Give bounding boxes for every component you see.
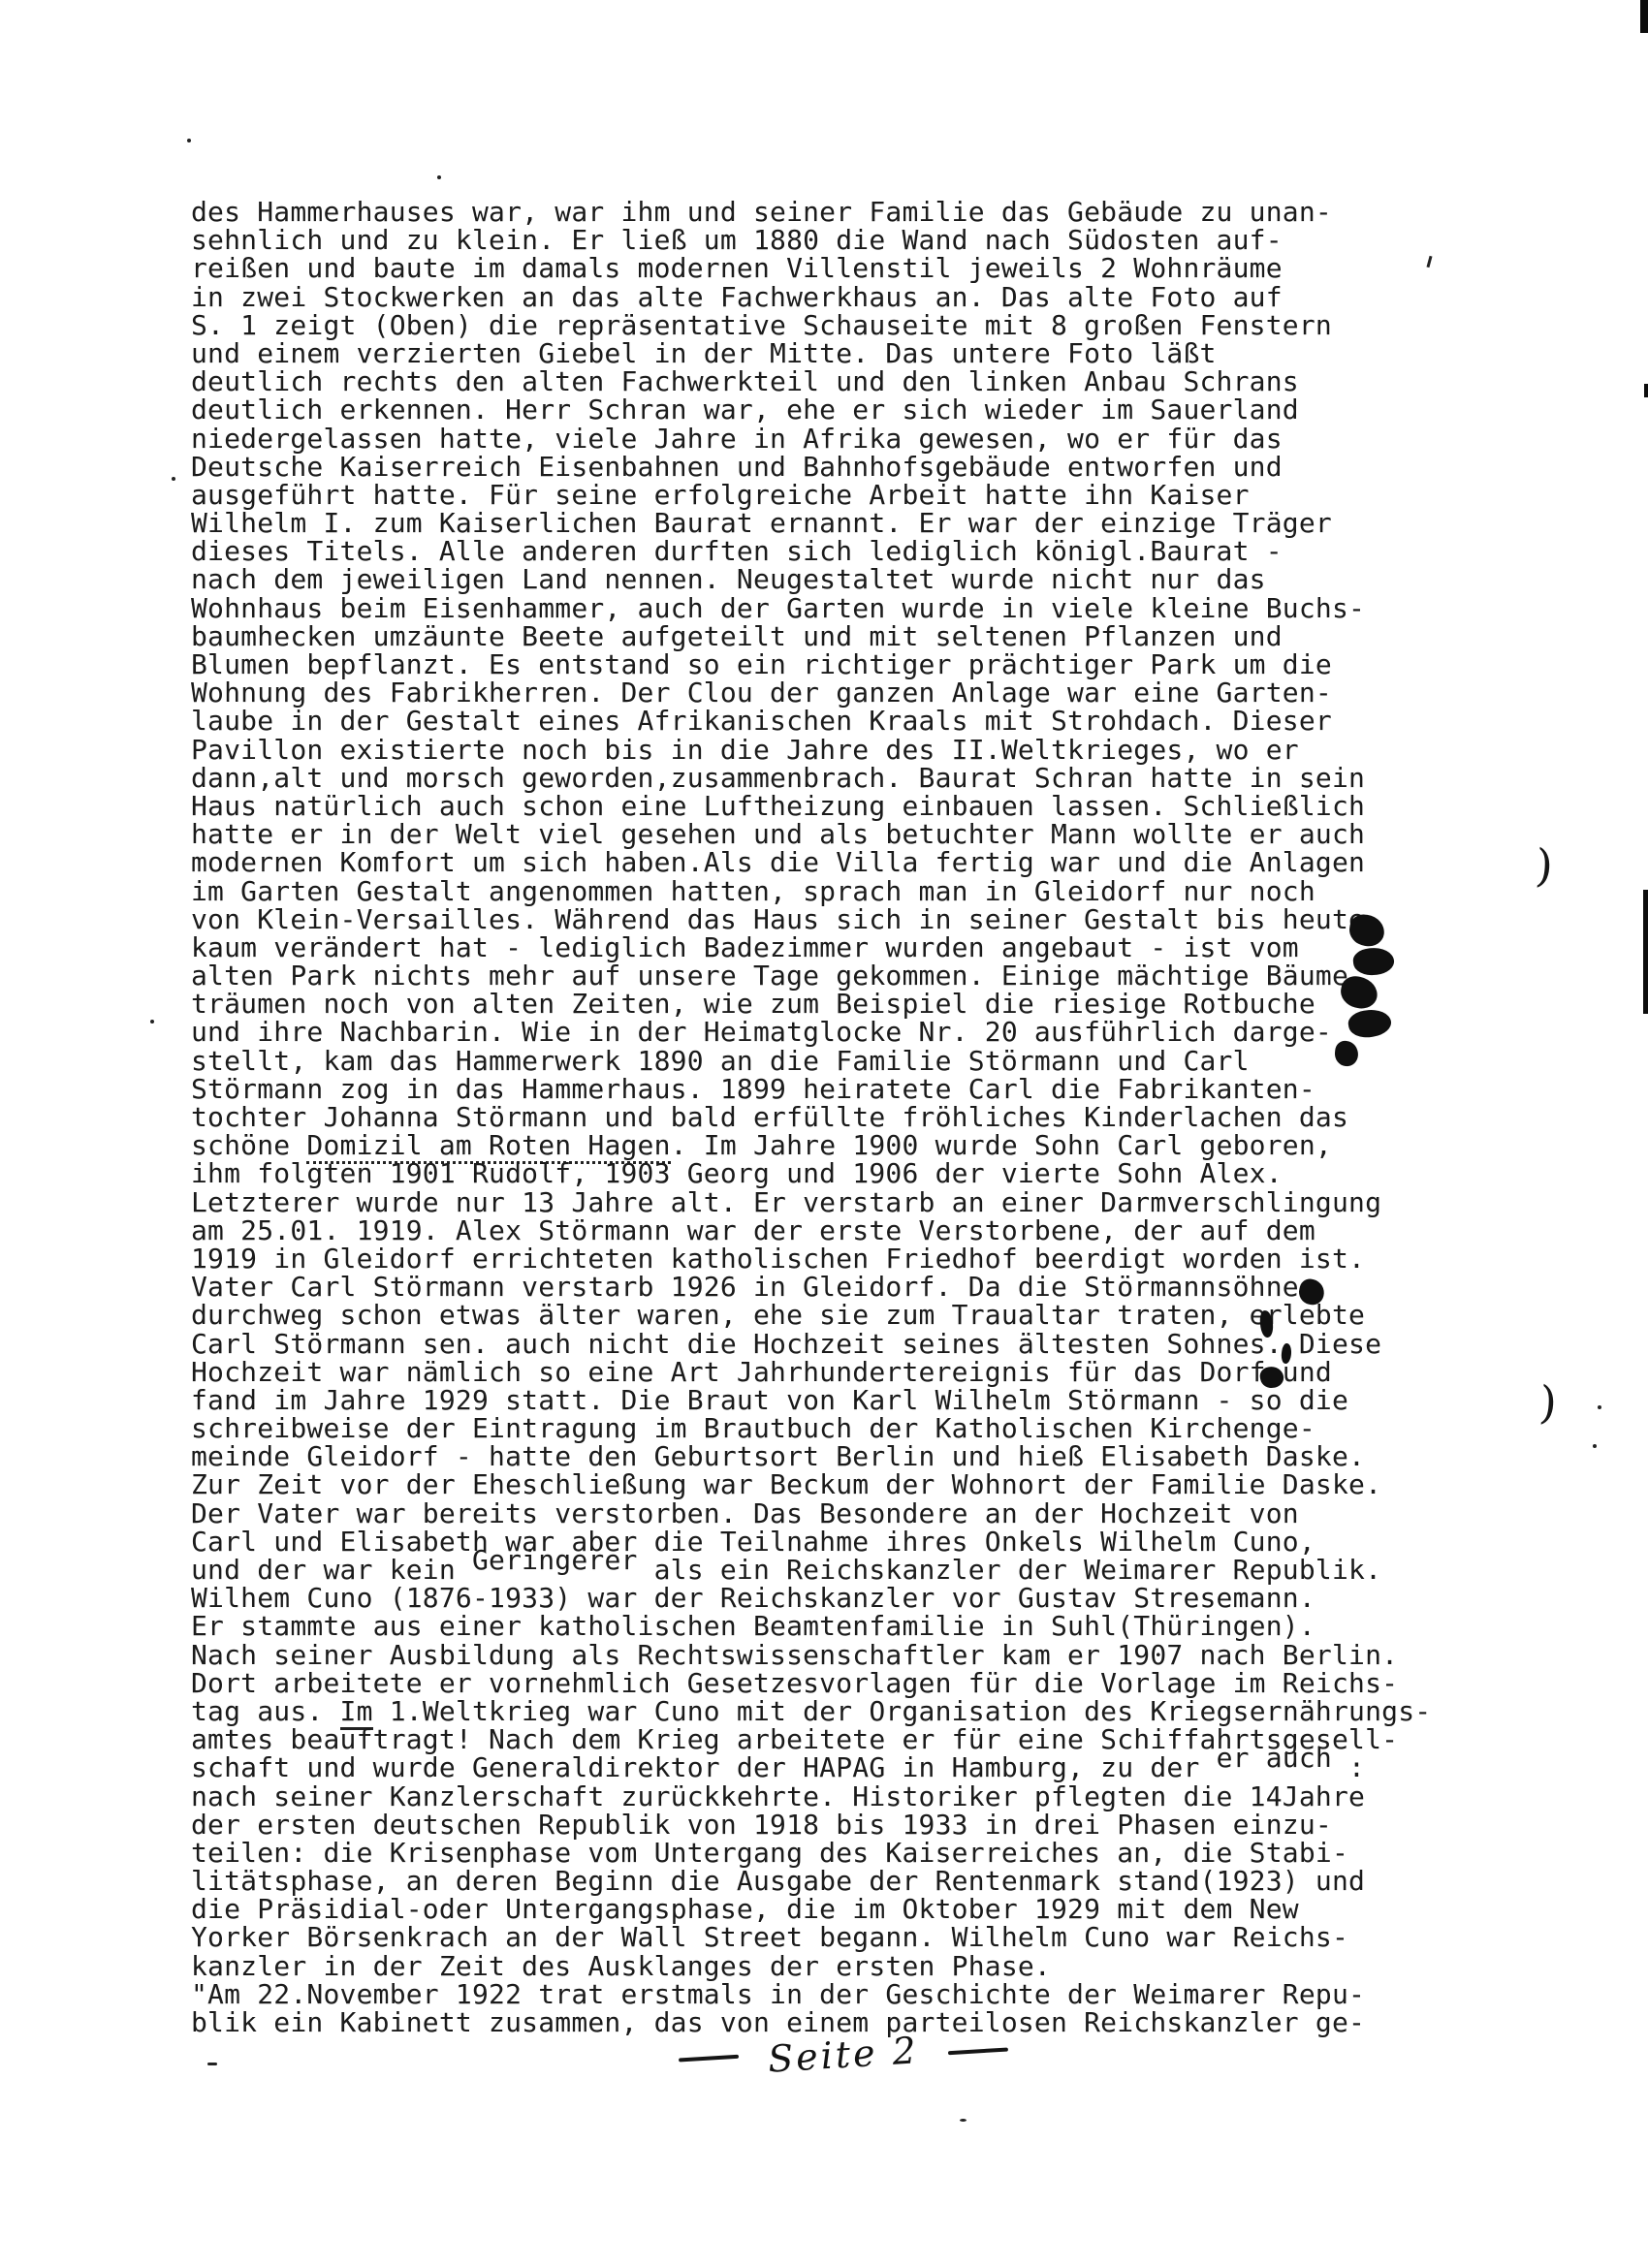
text-segment: der ersten deutschen Republik von 1918 b… <box>191 1809 1332 1841</box>
text-segment: und einem verzierten Giebel in der Mitte… <box>191 337 1217 369</box>
scan-edge-corner <box>1640 0 1648 33</box>
text-line: schaft und wurde Generaldirektor der HAP… <box>191 1753 1431 1781</box>
text-line: Hochzeit war nämlich so eine Art Jahrhun… <box>191 1358 1431 1386</box>
text-line: nach seiner Kanzlerschaft zurückkehrte. … <box>191 1782 1431 1811</box>
text-segment: : <box>1332 1751 1365 1783</box>
scan-edge-tick <box>1644 384 1648 397</box>
text-line: meinde Gleidorf - hatte den Geburtsort B… <box>191 1442 1431 1470</box>
text-line: schreibweise der Eintragung im Brautbuch… <box>191 1414 1431 1442</box>
text-segment: Letzterer wurde nur 13 Jahre alt. Er ver… <box>191 1186 1381 1218</box>
text-segment: "Am 22.November 1922 trat erstmals in de… <box>191 1978 1365 2010</box>
text-line: Letzterer wurde nur 13 Jahre alt. Er ver… <box>191 1188 1431 1216</box>
text-line: Carl Störmann sen. auch nicht die Hochze… <box>191 1330 1431 1358</box>
margin-paren-mark: ) <box>1537 1375 1559 1429</box>
text-segment: Carl Störmann sen. auch nicht die Hochze… <box>191 1328 1381 1360</box>
text-segment: fand im Jahre 1929 statt. Die Braut von … <box>191 1384 1348 1416</box>
text-segment: 1.Weltkrieg war Cuno mit der Organisatio… <box>373 1695 1432 1727</box>
text-line: ihm folgten 1901 Rudolf, 1903 Georg und … <box>191 1159 1431 1187</box>
text-segment: Haus natürlich auch schon eine Luftheizu… <box>191 790 1365 822</box>
text-line: Wohnung des Fabrikherren. Der Clou der g… <box>191 678 1431 707</box>
text-line: Nach seiner Ausbildung als Rechtswissens… <box>191 1641 1431 1669</box>
text-line: Blumen bepflanzt. Es entstand so ein ric… <box>191 650 1431 678</box>
scan-speck <box>437 175 441 179</box>
handwritten-dash-right <box>948 2047 1008 2055</box>
text-line: schöne Domizil am Roten Hagen. Im Jahre … <box>191 1131 1431 1159</box>
handwritten-page-label: Seite 2 <box>767 2029 920 2080</box>
text-line: dann,alt und morsch geworden,zusammenbra… <box>191 764 1431 792</box>
text-segment: und der war kein <box>191 1554 472 1586</box>
text-line: ausgeführt hatte. Für seine erfolgreiche… <box>191 481 1431 509</box>
text-line: und ihre Nachbarin. Wie in der Heimatglo… <box>191 1018 1431 1046</box>
text-segment: als ein Reichskanzler der Weimarer Repub… <box>638 1554 1382 1586</box>
text-line: Der Vater war bereits verstorben. Das Be… <box>191 1499 1431 1528</box>
text-line: Yorker Börsenkrach an der Wall Street be… <box>191 1923 1431 1951</box>
text-segment: Er stammte aus einer katholischen Beamte… <box>191 1610 1315 1642</box>
text-line: von Klein-Versailles. Während das Haus s… <box>191 905 1431 933</box>
text-line: sehnlich und zu klein. Er ließ um 1880 d… <box>191 226 1431 254</box>
scan-speck <box>187 139 191 142</box>
text-segment: hatte er in der Welt viel gesehen und al… <box>191 818 1365 850</box>
text-segment: blik ein Kabinett zusammen, das von eine… <box>191 2006 1365 2038</box>
text-segment: Störmann zog in das Hammerhaus. 1899 hei… <box>191 1073 1315 1105</box>
text-line: hatte er in der Welt viel gesehen und al… <box>191 820 1431 848</box>
text-segment: schöne <box>191 1129 306 1161</box>
text-line: im Garten Gestalt angenommen hatten, spr… <box>191 877 1431 905</box>
scan-speck <box>150 1020 154 1024</box>
text-line: niedergelassen hatte, viele Jahre in Afr… <box>191 425 1431 453</box>
text-line: durchweg schon etwas älter waren, ehe si… <box>191 1301 1431 1329</box>
text-line: der ersten deutschen Republik von 1918 b… <box>191 1811 1431 1839</box>
text-line: fand im Jahre 1929 statt. Die Braut von … <box>191 1386 1431 1414</box>
text-segment: tochter Johanna Störmann und bald erfüll… <box>191 1101 1348 1133</box>
text-segment: kanzler in der Zeit des Ausklanges der e… <box>191 1950 1051 1982</box>
text-segment: Yorker Börsenkrach an der Wall Street be… <box>191 1921 1348 1953</box>
text-segment: und ihre Nachbarin. Wie in der Heimatglo… <box>191 1016 1332 1048</box>
scan-speck <box>1598 1405 1601 1409</box>
text-line: teilen: die Krisenphase vom Untergang de… <box>191 1839 1431 1867</box>
text-segment: S. 1 zeigt (Oben) die repräsentative Sch… <box>191 309 1332 341</box>
text-line: Wohnhaus beim Eisenhammer, auch der Gart… <box>191 594 1431 622</box>
text-segment: 1919 in Gleidorf errichteten katholische… <box>191 1243 1365 1275</box>
scanned-page: des Hammerhauses war, war ihm und seiner… <box>0 0 1648 2268</box>
text-line: Dort arbeitete er vornehmlich Gesetzesvo… <box>191 1669 1431 1697</box>
handwritten-dash-left <box>679 2055 739 2063</box>
text-line: litätsphase, an deren Beginn die Ausgabe… <box>191 1867 1431 1895</box>
text-segment: dann,alt und morsch geworden,zusammenbra… <box>191 762 1365 794</box>
text-segment: Geringerer <box>472 1544 638 1576</box>
text-segment: litätsphase, an deren Beginn die Ausgabe… <box>191 1865 1365 1897</box>
text-line: nach dem jeweiligen Land nennen. Neugest… <box>191 565 1431 593</box>
text-segment: Pavillon existierte noch bis in die Jahr… <box>191 734 1299 766</box>
text-line: Deutsche Kaiserreich Eisenbahnen und Bah… <box>191 453 1431 481</box>
text-line: modernen Komfort um sich haben.Als die V… <box>191 848 1431 876</box>
text-segment: niedergelassen hatte, viele Jahre in Afr… <box>191 423 1283 455</box>
text-line: kaum verändert hat - lediglich Badezimme… <box>191 933 1431 961</box>
text-segment: im Garten Gestalt angenommen hatten, spr… <box>191 875 1315 907</box>
text-segment: nach seiner Kanzlerschaft zurückkehrte. … <box>191 1780 1365 1812</box>
text-segment: Wohnung des Fabrikherren. Der Clou der g… <box>191 677 1332 709</box>
text-line: Er stammte aus einer katholischen Beamte… <box>191 1612 1431 1640</box>
text-segment: sehnlich und zu klein. Er ließ um 1880 d… <box>191 224 1283 256</box>
text-line: tag aus. Im 1.Weltkrieg war Cuno mit der… <box>191 1697 1431 1725</box>
text-segment: des Hammerhauses war, war ihm und seiner… <box>191 196 1332 228</box>
text-segment: in zwei Stockwerken an das alte Fachwerk… <box>191 281 1283 313</box>
text-segment: Der Vater war bereits verstorben. Das Be… <box>191 1497 1299 1529</box>
text-segment: baumhecken umzäunte Beete aufgeteilt und… <box>191 620 1283 652</box>
text-segment: Dort arbeitete er vornehmlich Gesetzesvo… <box>191 1667 1398 1699</box>
text-line: dieses Titels. Alle anderen durften sich… <box>191 537 1431 565</box>
text-line: reißen und baute im damals modernen Vill… <box>191 254 1431 282</box>
text-segment: durchweg schon etwas älter waren, ehe si… <box>191 1299 1365 1331</box>
text-line: des Hammerhauses war, war ihm und seiner… <box>191 198 1431 226</box>
text-line: deutlich rechts den alten Fachwerkteil u… <box>191 367 1431 395</box>
text-line: "Am 22.November 1922 trat erstmals in de… <box>191 1980 1431 2008</box>
text-line: stellt, kam das Hammerwerk 1890 an die F… <box>191 1047 1431 1075</box>
scan-speck <box>172 477 175 481</box>
text-segment: modernen Komfort um sich haben.Als die V… <box>191 846 1365 878</box>
text-segment: schreibweise der Eintragung im Brautbuch… <box>191 1412 1315 1444</box>
text-segment: träumen noch von alten Zeiten, wie zum B… <box>191 988 1315 1020</box>
text-line: blik ein Kabinett zusammen, das von eine… <box>191 2008 1431 2036</box>
text-segment: laube in der Gestalt eines Afrikanischen… <box>191 705 1332 737</box>
text-segment: kaum verändert hat - lediglich Badezimme… <box>191 931 1299 963</box>
text-line: 1919 in Gleidorf errichteten katholische… <box>191 1244 1431 1273</box>
typewritten-text: des Hammerhauses war, war ihm und seiner… <box>191 198 1431 2036</box>
text-segment: Nach seiner Ausbildung als Rechtswissens… <box>191 1639 1398 1671</box>
text-segment: er auch <box>1217 1742 1332 1774</box>
text-line: laube in der Gestalt eines Afrikanischen… <box>191 707 1431 735</box>
text-segment: ausgeführt hatte. Für seine erfolgreiche… <box>191 479 1250 511</box>
text-segment: Wilhelm I. zum Kaiserlichen Baurat ernan… <box>191 507 1332 539</box>
text-line: Pavillon existierte noch bis in die Jahr… <box>191 736 1431 764</box>
text-line: S. 1 zeigt (Oben) die repräsentative Sch… <box>191 311 1431 339</box>
text-segment: Wohnhaus beim Eisenhammer, auch der Gart… <box>191 592 1365 624</box>
text-line: und einem verzierten Giebel in der Mitte… <box>191 339 1431 367</box>
text-segment: die Präsidial-oder Untergangsphase, die … <box>191 1893 1299 1925</box>
handwritten-page-number: Seite 2 <box>678 2030 1008 2081</box>
text-segment: deutlich rechts den alten Fachwerkteil u… <box>191 365 1299 397</box>
text-line: alten Park nichts mehr auf unsere Tage g… <box>191 961 1431 990</box>
text-segment: Carl und Elisabeth war aber die Teilnahm… <box>191 1526 1315 1558</box>
scan-speck <box>960 2119 967 2122</box>
text-line: Störmann zog in das Hammerhaus. 1899 hei… <box>191 1075 1431 1103</box>
text-segment: Deutsche Kaiserreich Eisenbahnen und Bah… <box>191 451 1283 483</box>
text-line: tochter Johanna Störmann und bald erfüll… <box>191 1103 1431 1131</box>
text-line: Zur Zeit vor der Eheschließung war Becku… <box>191 1470 1431 1498</box>
text-line: Carl und Elisabeth war aber die Teilnahm… <box>191 1528 1431 1556</box>
text-segment: Wilhem Cuno (1876-1933) war der Reichska… <box>191 1582 1315 1614</box>
text-line: Wilhem Cuno (1876-1933) war der Reichska… <box>191 1584 1431 1612</box>
text-segment: . Im Jahre 1900 wurde Sohn Carl geboren, <box>671 1129 1332 1161</box>
text-segment: reißen und baute im damals modernen Vill… <box>191 252 1283 284</box>
text-line: deutlich erkennen. Herr Schran war, ehe … <box>191 395 1431 424</box>
text-segment: Zur Zeit vor der Eheschließung war Becku… <box>191 1468 1381 1500</box>
text-line: Wilhelm I. zum Kaiserlichen Baurat ernan… <box>191 509 1431 537</box>
text-segment: meinde Gleidorf - hatte den Geburtsort B… <box>191 1440 1365 1472</box>
text-line: kanzler in der Zeit des Ausklanges der e… <box>191 1952 1431 1980</box>
text-segment: von Klein-Versailles. Während das Haus s… <box>191 903 1365 935</box>
scan-speck <box>207 2063 217 2065</box>
text-line: Vater Carl Störmann verstarb 1926 in Gle… <box>191 1273 1431 1301</box>
margin-paren-mark: ) <box>1534 838 1555 892</box>
text-segment: alten Park nichts mehr auf unsere Tage g… <box>191 960 1348 992</box>
text-line: die Präsidial-oder Untergangsphase, die … <box>191 1895 1431 1923</box>
text-segment: tag aus. <box>191 1695 340 1727</box>
text-line: am 25.01. 1919. Alex Störmann war der er… <box>191 1216 1431 1244</box>
text-line: baumhecken umzäunte Beete aufgeteilt und… <box>191 622 1431 650</box>
text-line: Haus natürlich auch schon eine Luftheizu… <box>191 792 1431 820</box>
text-segment: am 25.01. 1919. Alex Störmann war der er… <box>191 1214 1315 1246</box>
scan-edge-bar <box>1643 890 1648 1014</box>
scan-speck <box>1593 1444 1597 1448</box>
text-segment: nach dem jeweiligen Land nennen. Neugest… <box>191 563 1266 595</box>
text-line: träumen noch von alten Zeiten, wie zum B… <box>191 990 1431 1018</box>
text-segment: dieses Titels. Alle anderen durften sich… <box>191 535 1283 567</box>
text-segment: schaft und wurde Generaldirektor der HAP… <box>191 1751 1217 1783</box>
text-line: in zwei Stockwerken an das alte Fachwerk… <box>191 283 1431 311</box>
text-segment: teilen: die Krisenphase vom Untergang de… <box>191 1837 1348 1869</box>
text-segment: Hochzeit war nämlich so eine Art Jahrhun… <box>191 1356 1332 1388</box>
text-segment: stellt, kam das Hammerwerk 1890 an die F… <box>191 1045 1250 1077</box>
text-segment: Blumen bepflanzt. Es entstand so ein ric… <box>191 648 1332 680</box>
text-segment: deutlich erkennen. Herr Schran war, ehe … <box>191 394 1299 425</box>
text-segment: Vater Carl Störmann verstarb 1926 in Gle… <box>191 1271 1299 1303</box>
text-segment: ihm folgten 1901 Rudolf, 1903 Georg und … <box>191 1157 1283 1189</box>
text-line: und der war kein Geringerer als ein Reic… <box>191 1556 1431 1584</box>
